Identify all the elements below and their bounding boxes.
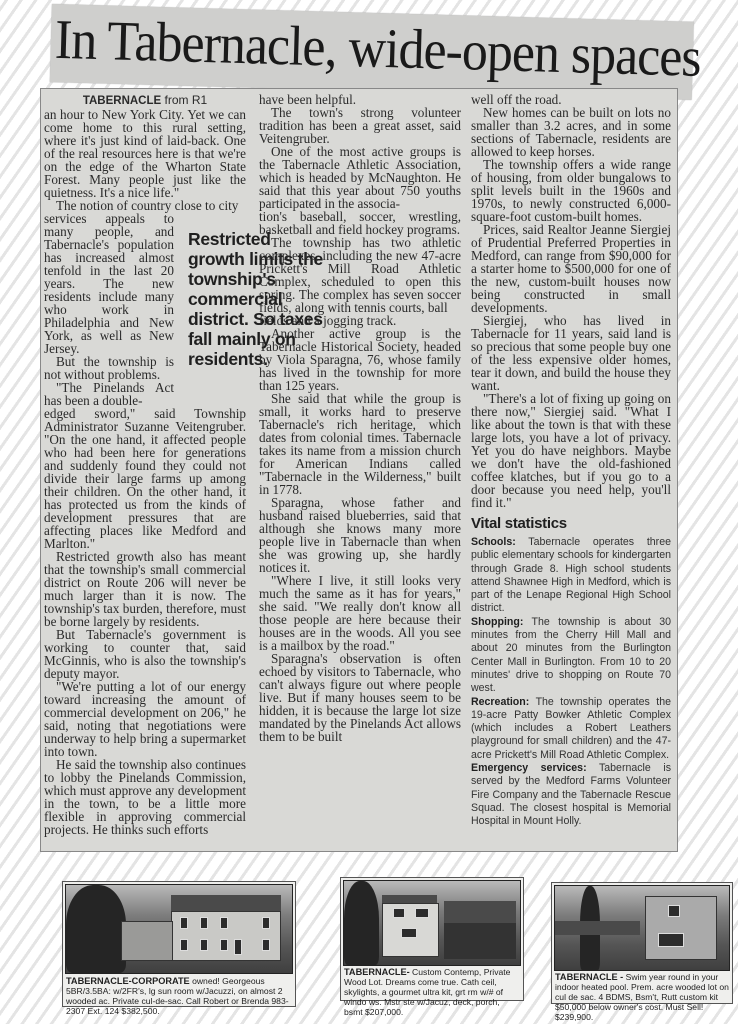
paragraph: "We're putting a lot of our energy towar…	[44, 680, 246, 758]
listing-title: TABERNACLE-CORPORATE	[66, 976, 190, 986]
vital-stat-recreation: Recreation: The township operates the 19…	[471, 696, 671, 762]
vital-stat-shopping: Shopping: The township is about 30 minut…	[471, 616, 671, 696]
article-column-3: well off the road. New homes can be buil…	[471, 93, 671, 829]
house-photo	[343, 880, 521, 966]
paragraph: tion's baseball, soccer, wrestling, bask…	[259, 210, 461, 236]
paragraph: She said that while the group is small, …	[259, 392, 461, 496]
listing-caption: TABERNACLE- Custom Contemp, Private Wood…	[344, 967, 520, 1017]
paragraph: One of the most active groups is the Tab…	[259, 145, 461, 210]
paragraph: "There's a lot of fixing up going on the…	[471, 392, 671, 509]
vital-stat-emergency: Emergency services: Tabernacle is served…	[471, 762, 671, 828]
paragraph: But Tabernacle's government is working t…	[44, 628, 246, 680]
house-wing-image	[121, 921, 173, 961]
garage-roof-image	[444, 901, 516, 923]
garage-image	[444, 923, 516, 959]
house-image	[645, 896, 717, 960]
paragraph: He said the township also continues to l…	[44, 758, 246, 836]
paragraph: Another active group is the Tabernacle H…	[259, 327, 461, 392]
paragraph: Sparagna's observation is often echoed b…	[259, 652, 461, 743]
vital-statistics-box: Vital statistics Schools: Tabernacle ope…	[471, 515, 671, 829]
paragraph: Restricted growth also has meant that th…	[44, 550, 246, 628]
tree-image	[66, 885, 126, 973]
tree-image	[344, 881, 379, 965]
roof-image	[171, 895, 281, 911]
vital-stat-label: Recreation:	[471, 696, 529, 708]
listing-title: TABERNACLE -	[555, 972, 623, 982]
listing-caption: TABERNACLE-CORPORATE owned! Georgeous 5B…	[66, 976, 292, 1016]
paragraph: an hour to New York City. Yet we can com…	[44, 108, 246, 199]
paragraph: Prices, said Realtor Jeanne Siergiej of …	[471, 223, 671, 314]
house-image	[171, 911, 281, 961]
jump-slug: TABERNACLE	[83, 95, 161, 107]
paragraph: edged sword," said Township Administrato…	[44, 407, 246, 550]
roof-image	[382, 895, 437, 903]
jump-from: from R1	[164, 93, 207, 107]
vital-statistics-title: Vital statistics	[471, 515, 671, 533]
jump-line: TABERNACLE from R1	[44, 93, 246, 108]
listing-ad-contemporary: TABERNACLE- Custom Contemp, Private Wood…	[340, 877, 524, 1001]
article-column-1: TABERNACLE from R1 an hour to New York C…	[44, 93, 246, 836]
paragraph: "The Pinelands Act has been a double-	[44, 381, 174, 407]
vital-stat-schools: Schools: Tabernacle operates three publi…	[471, 536, 671, 616]
listing-ad-corporate: TABERNACLE-CORPORATE owned! Georgeous 5B…	[62, 881, 296, 1007]
paragraph: The town's strong volunteer tradition ha…	[259, 106, 461, 145]
house-photo	[554, 885, 730, 971]
paragraph: The township has two athletic complexes,…	[259, 236, 461, 314]
paragraph: New homes can be built on lots no smalle…	[471, 106, 671, 158]
article-column-2: have been helpful. The town's strong vol…	[259, 93, 461, 743]
paragraph: Sparagna, whose father and husband raise…	[259, 496, 461, 574]
listing-ad-indoor-pool: TABERNACLE - Swim year round in your ind…	[551, 882, 733, 1004]
house-photo	[65, 884, 293, 974]
paragraph: The township offers a wide range of hous…	[471, 158, 671, 223]
listing-caption: TABERNACLE - Swim year round in your ind…	[555, 972, 729, 1022]
roof-image	[555, 921, 640, 935]
paragraph: Siergiej, who has lived in Tabernacle fo…	[471, 314, 671, 392]
paragraph: services appeals to many people, and Tab…	[44, 212, 174, 355]
vital-stat-label: Shopping:	[471, 616, 523, 628]
vital-stat-label: Emergency services:	[471, 762, 587, 774]
house-image	[382, 903, 439, 957]
paragraph: "Where I live, it still looks very much …	[259, 574, 461, 652]
article-body: TABERNACLE from R1 an hour to New York C…	[40, 88, 678, 852]
listing-title: TABERNACLE-	[344, 967, 410, 977]
paragraph: But the township is not without problems…	[44, 355, 174, 381]
vital-stat-label: Schools:	[471, 536, 516, 548]
